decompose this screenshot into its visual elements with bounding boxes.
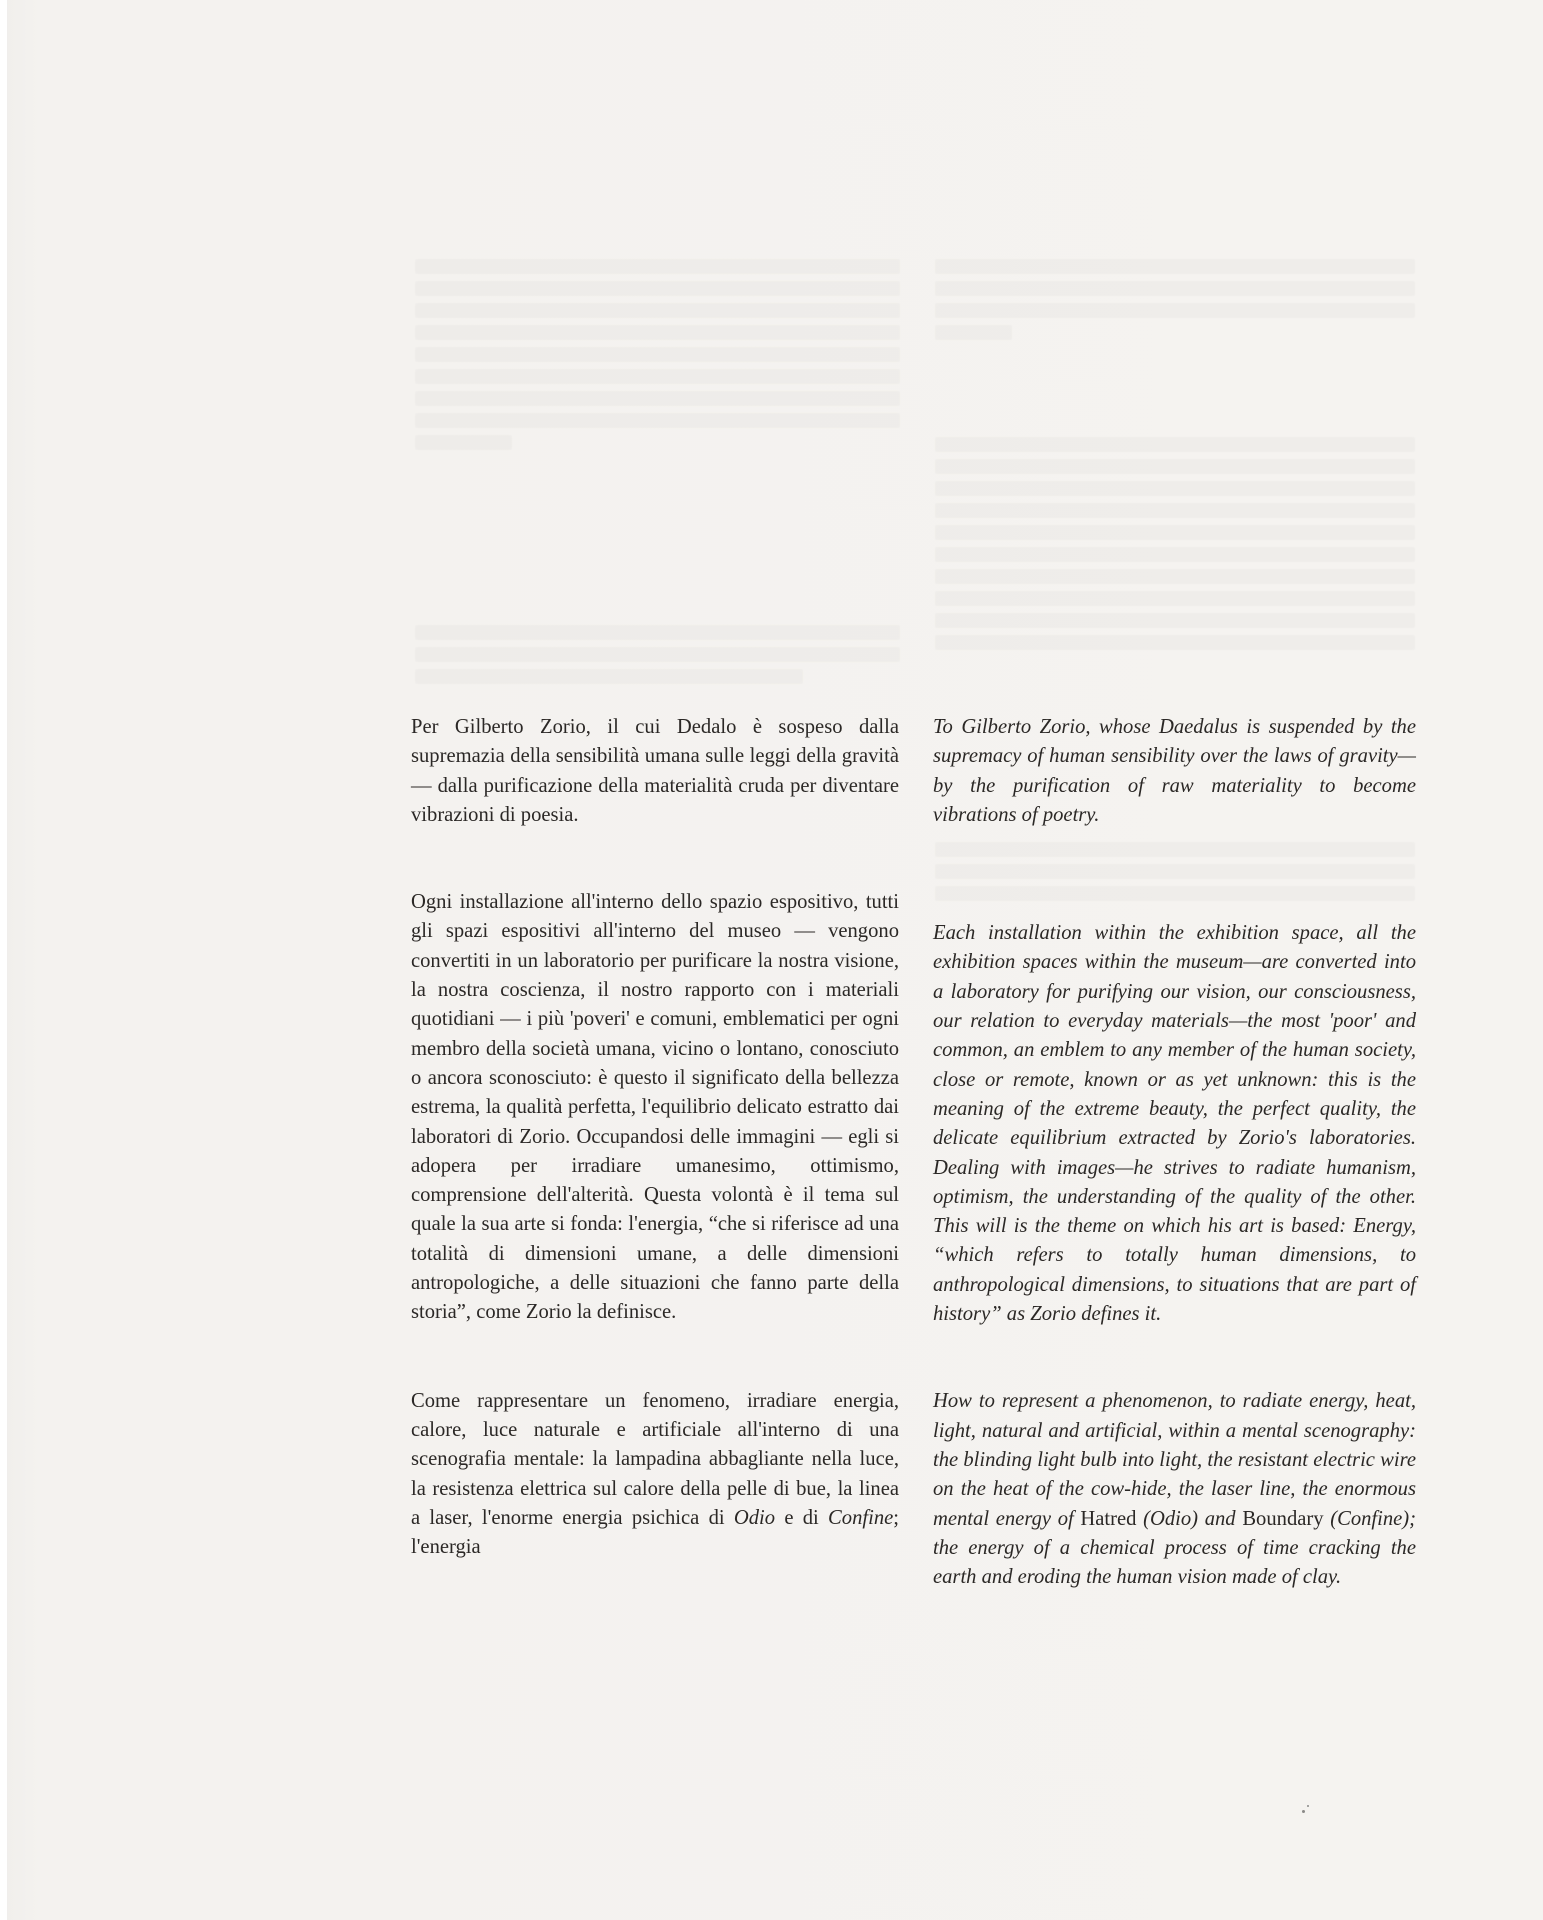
work-title-hatred: Hatred <box>1080 1508 1136 1530</box>
english-paragraph-1: To Gilberto Zorio, whose Daedalus is sus… <box>933 713 1416 830</box>
work-title-boundary: Boundary <box>1242 1508 1323 1530</box>
paper-speck <box>1302 1810 1305 1813</box>
paper-speck-2 <box>1307 1805 1309 1807</box>
show-through-right-block-2 <box>935 430 1415 657</box>
show-through-left-block-2 <box>415 618 900 691</box>
work-title-odio: Odio <box>734 1507 775 1529</box>
page-edge <box>0 0 7 1920</box>
show-through-right-block <box>935 252 1415 347</box>
italian-paragraph-2: Ogni installazione all'interno dello spa… <box>411 888 899 1327</box>
italian-paragraph-3: Come rappresentare un fenomeno, irradiar… <box>411 1387 899 1563</box>
work-title-confine: Confine <box>828 1507 893 1529</box>
italian-column: Per Gilberto Zorio, il cui Dedalo è sosp… <box>411 713 899 1562</box>
show-through-left-block <box>415 252 900 457</box>
english-column: To Gilberto Zorio, whose Daedalus is sus… <box>933 713 1416 1592</box>
paper-page: Per Gilberto Zorio, il cui Dedalo è sosp… <box>0 0 1543 1920</box>
italian-paragraph-1: Per Gilberto Zorio, il cui Dedalo è sosp… <box>411 713 899 830</box>
english-paragraph-3: How to represent a phenomenon, to radiat… <box>933 1387 1416 1592</box>
english-paragraph-2: Each installation within the exhibition … <box>933 919 1416 1329</box>
